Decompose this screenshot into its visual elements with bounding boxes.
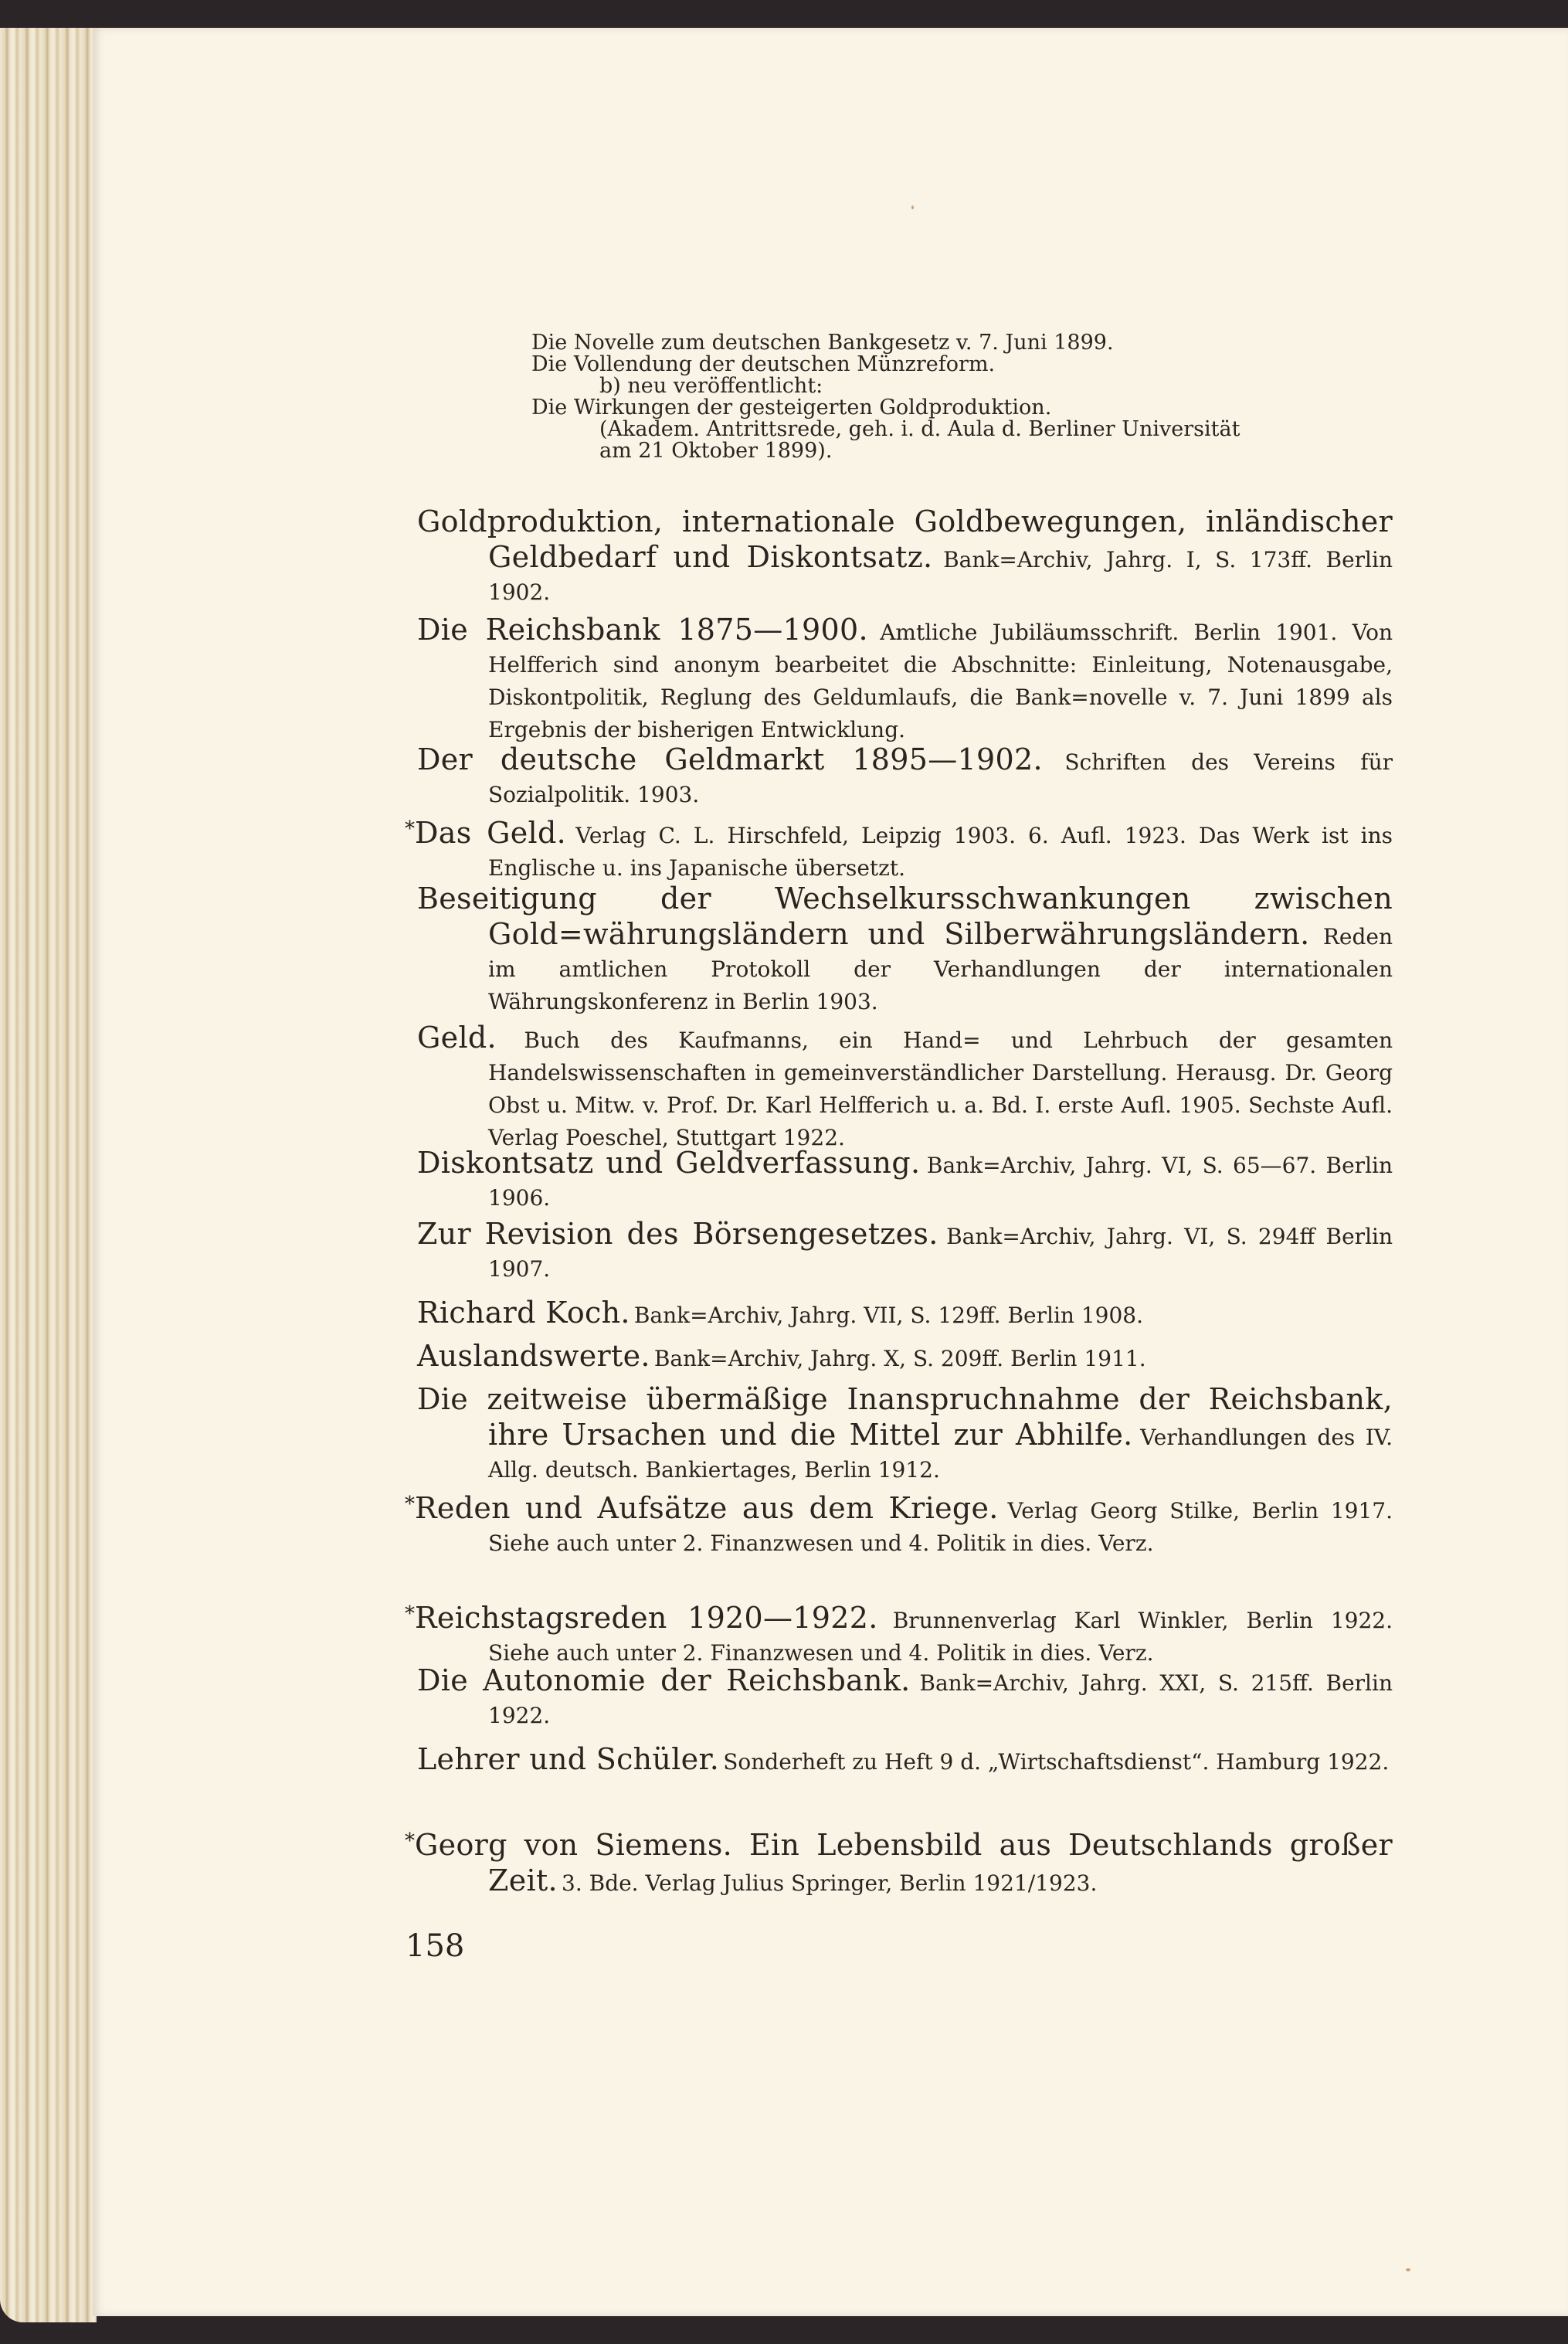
- asterisk-marker: *: [405, 1829, 415, 1853]
- entry-title: Der deutsche Geldmarkt 1895—1902.: [417, 742, 1043, 776]
- entry-title: Reden und Aufsätze aus dem Kriege.: [415, 1491, 999, 1525]
- bibliography-entry: Der deutsche Geldmarkt 1895—1902. Schrif…: [417, 745, 1393, 813]
- asterisk-marker: *: [405, 1493, 415, 1516]
- intro-subheading: b) neu veröffentlicht:: [531, 375, 1507, 397]
- paper-speck: [1406, 2268, 1410, 2271]
- entry-title: Beseitigung der Wechselkursschwankungen …: [417, 882, 1393, 951]
- bibliography-entry: Zur Revision des Börsengesetzes. Bank=Ar…: [417, 1219, 1393, 1287]
- intro-line: (Akadem. Antrittsrede, geh. i. d. Aula d…: [531, 417, 1240, 441]
- entry-details: Bank=Archiv, Jahrg. X, S. 209ff. Berlin …: [654, 1346, 1146, 1371]
- page-number: 158: [406, 1928, 464, 1964]
- intro-line: b) neu veröffentlicht:: [531, 374, 823, 398]
- entry-title: Das Geld.: [415, 816, 566, 850]
- entry-title: Die Reichsbank 1875—1900.: [417, 613, 868, 647]
- bibliography-entry: Die Autonomie der Reichsbank. Bank=Archi…: [417, 1666, 1393, 1734]
- entry-title: Reichstagsreden 1920—1922.: [415, 1601, 878, 1635]
- entry-title: Geld.: [417, 1021, 497, 1055]
- asterisk-marker: *: [405, 1602, 415, 1626]
- entry-details: Verlag C. L. Hirschfeld, Leipzig 1903. 6…: [488, 823, 1393, 881]
- asterisk-marker: *: [405, 817, 415, 841]
- entry-title: Zur Revision des Börsengesetzes.: [417, 1217, 938, 1251]
- intro-note: (Akadem. Antrittsrede, geh. i. d. Aula d…: [531, 419, 1507, 440]
- entry-title: Richard Koch.: [417, 1296, 630, 1330]
- book-page: Die Novelle zum deutschen Bankgesetz v. …: [93, 28, 1568, 2316]
- bibliography-entry: Goldproduktion, internationale Goldbeweg…: [417, 507, 1393, 610]
- bibliography-entry: *Georg von Siemens. Ein Lebensbild aus D…: [417, 1826, 1393, 1901]
- intro-line: Die Novelle zum deutschen Bankgesetz v. …: [531, 332, 1507, 354]
- bibliography-entry: Auslandswerte. Bank=Archiv, Jahrg. X, S.…: [417, 1341, 1393, 1377]
- bibliography-entry: Die Reichsbank 1875—1900. Amtliche Jubil…: [417, 615, 1393, 748]
- entry-details: Buch des Kaufmanns, ein Hand= und Lehrbu…: [488, 1028, 1393, 1150]
- bibliography-entry: Lehrer und Schüler. Sonderheft zu Heft 9…: [417, 1744, 1393, 1780]
- entry-title: Diskontsatz und Geldverfassung.: [417, 1146, 920, 1180]
- bibliography-entry: *Reichstagsreden 1920—1922. Brunnenverla…: [417, 1599, 1393, 1671]
- bibliography-entry: Richard Koch. Bank=Archiv, Jahrg. VII, S…: [417, 1298, 1393, 1333]
- entry-details: Bank=Archiv, Jahrg. VII, S. 129ff. Berli…: [634, 1303, 1143, 1328]
- intro-line: am 21 Oktober 1899).: [531, 439, 832, 463]
- entry-title: Auslandswerte.: [417, 1339, 650, 1373]
- bibliography-entry: Diskontsatz und Geldverfassung. Bank=Arc…: [417, 1148, 1393, 1216]
- bibliography-entry: Die zeitweise übermäßige Inanspruchnahme…: [417, 1384, 1393, 1488]
- bibliography-entry: *Das Geld. Verlag C. L. Hirschfeld, Leip…: [417, 814, 1393, 886]
- bibliography-entry: Geld. Buch des Kaufmanns, ein Hand= und …: [417, 1023, 1393, 1156]
- paper-speck: [911, 206, 914, 209]
- bibliography-entry: Beseitigung der Wechselkursschwankungen …: [417, 884, 1393, 1020]
- bibliography-entry: *Reden und Aufsätze aus dem Kriege. Verl…: [417, 1490, 1393, 1561]
- entry-details: 3. Bde. Verlag Julius Springer, Berlin 1…: [562, 1870, 1097, 1896]
- intro-note: am 21 Oktober 1899).: [531, 440, 1507, 462]
- intro-line: Die Vollendung der deutschen Münzreform.: [531, 354, 1507, 375]
- entry-title: Die Autonomie der Reichsbank.: [417, 1663, 911, 1697]
- book-page-edges: [0, 28, 97, 2322]
- entry-details: Sonderheft zu Heft 9 d. „Wirtschaftsdien…: [723, 1749, 1389, 1775]
- intro-line: Die Wirkungen der gesteigerten Goldprodu…: [531, 397, 1507, 419]
- entry-title: Lehrer und Schüler.: [417, 1742, 719, 1776]
